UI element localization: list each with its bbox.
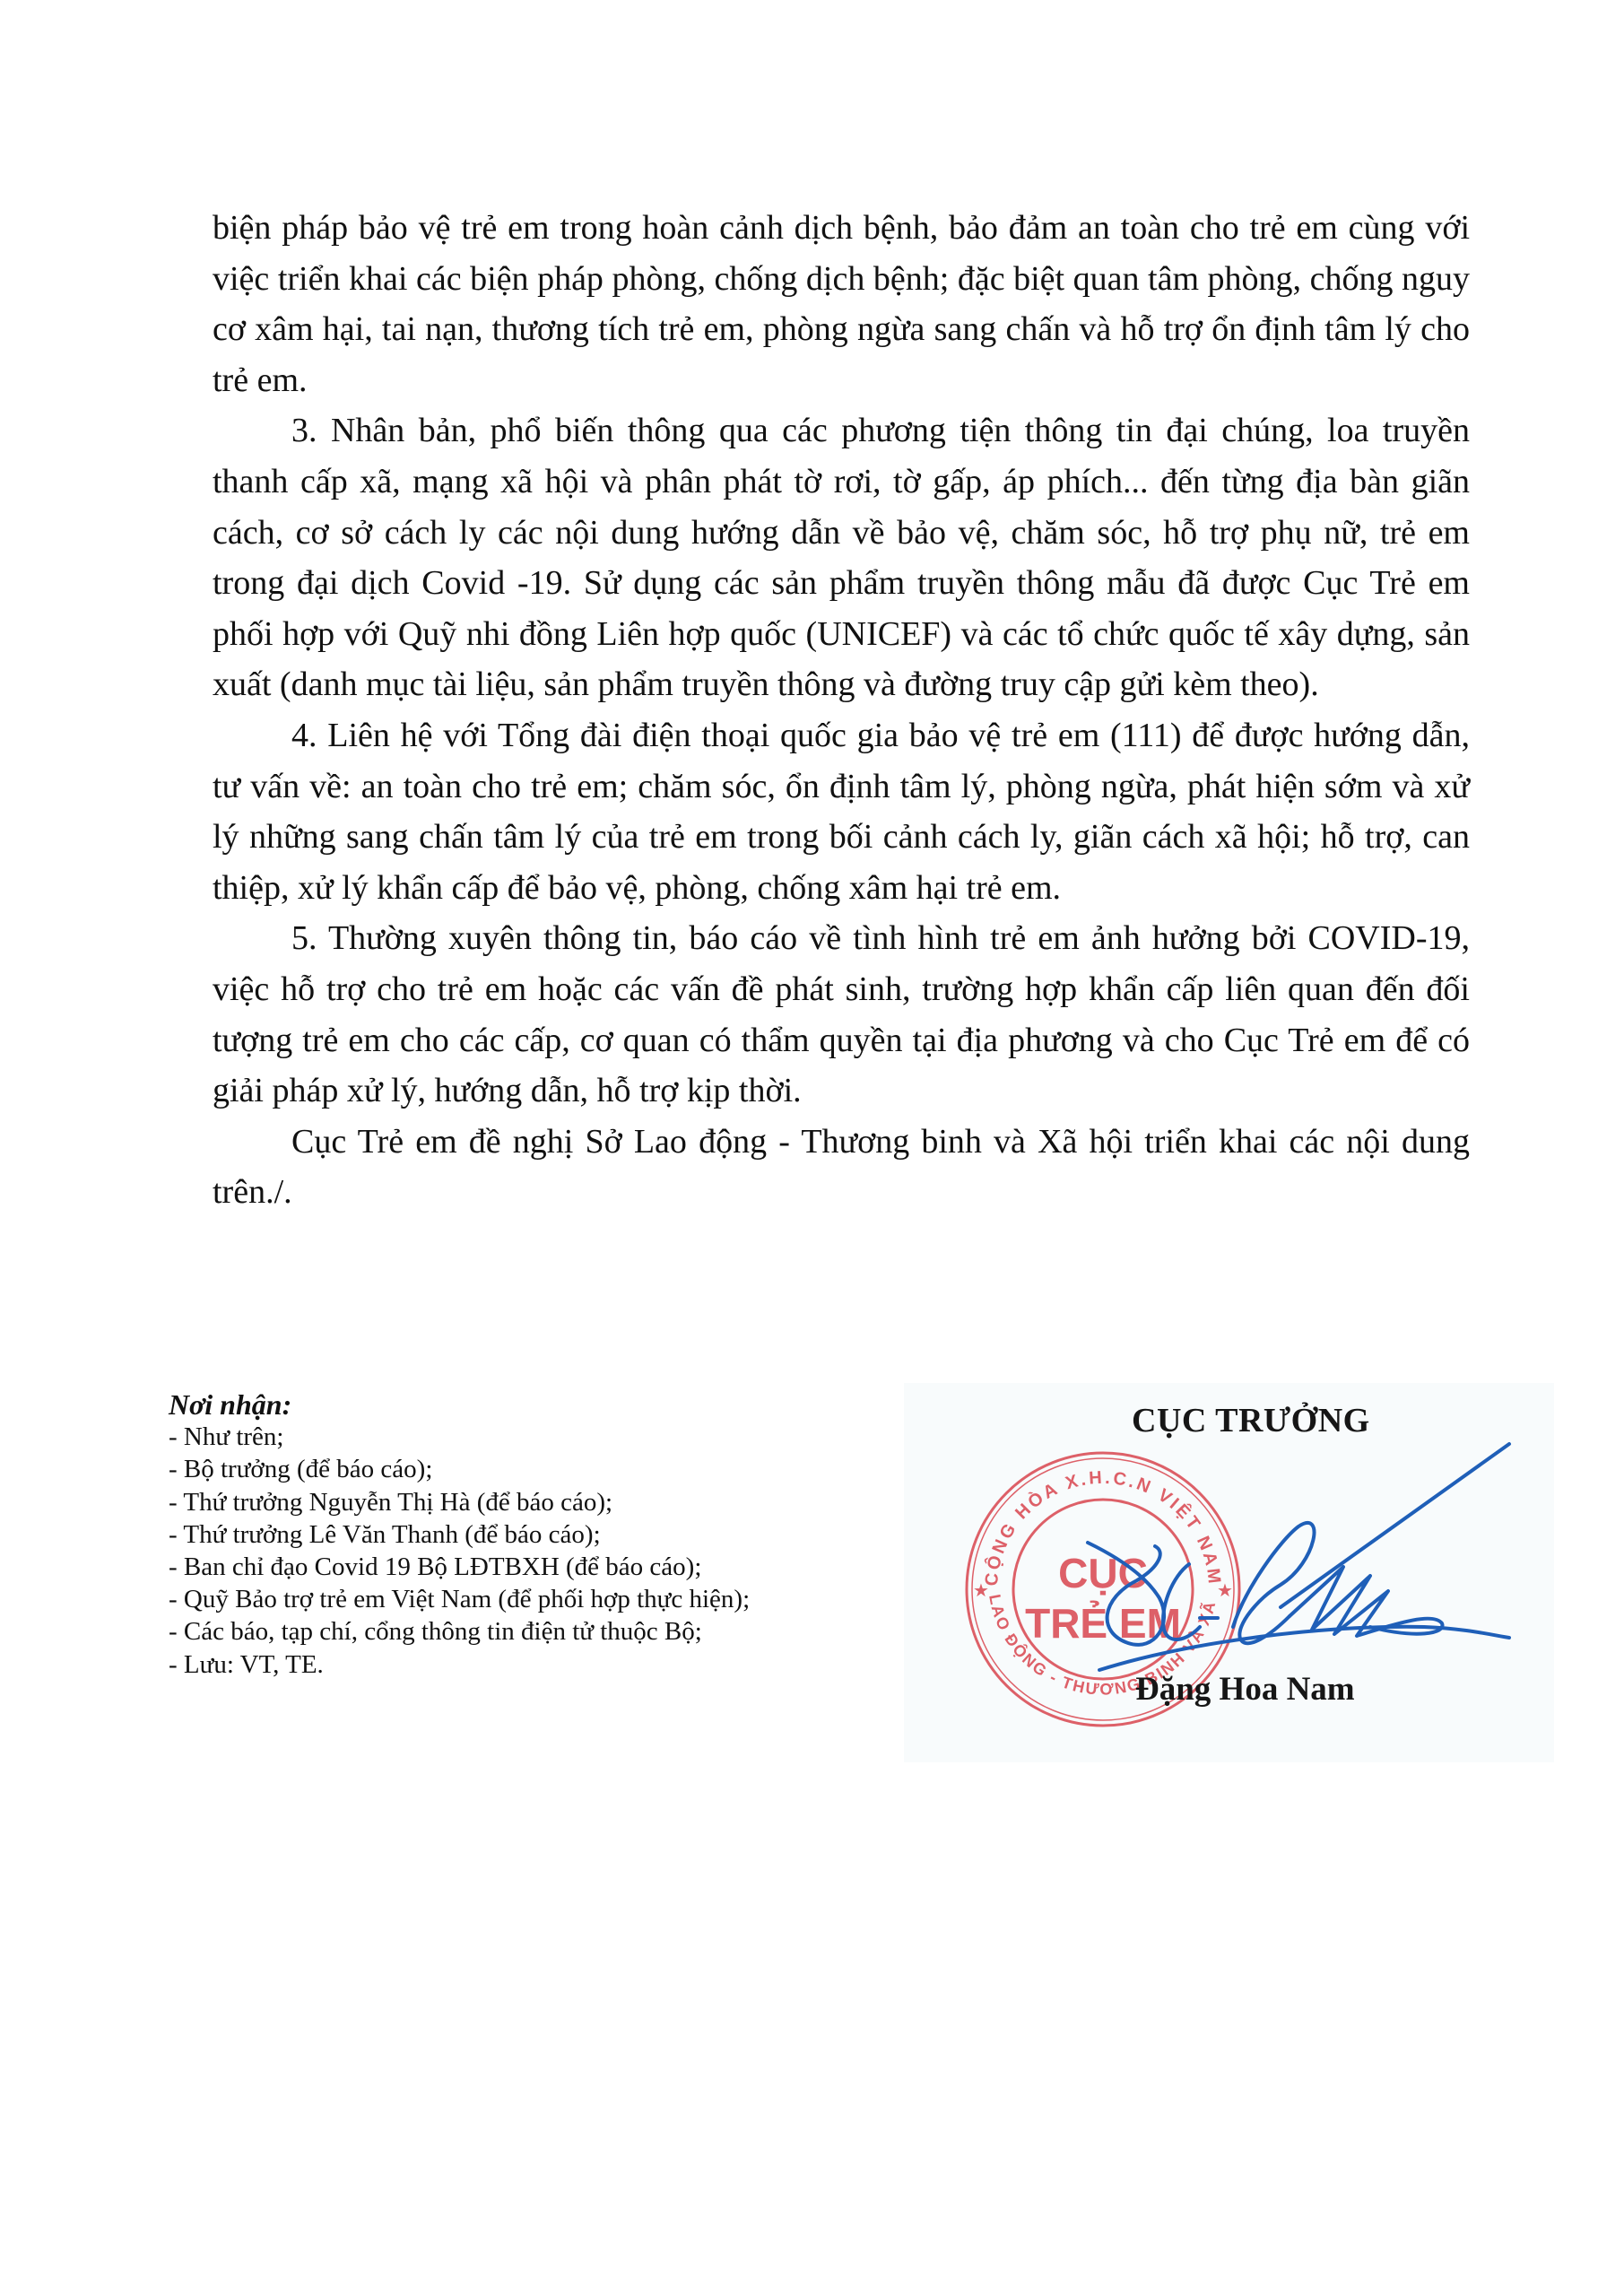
recipient-item: - Các báo, tạp chí, cổng thông tin điện …	[169, 1615, 886, 1648]
paragraph-item-4: 4. Liên hệ với Tổng đài điện thoại quốc …	[213, 710, 1470, 913]
paragraph-closing: Cục Trẻ em đề nghị Sở Lao động - Thương …	[213, 1117, 1470, 1218]
signer-name: Đặng Hoa Nam	[1135, 1670, 1355, 1709]
paragraph-item-5: 5. Thường xuyên thông tin, báo cáo về tì…	[213, 913, 1470, 1116]
paragraph-item-3: 3. Nhân bản, phổ biến thông qua các phươ…	[213, 405, 1470, 710]
recipients-block: Nơi nhận: - Như trên; - Bộ trưởng (để bá…	[169, 1388, 886, 1681]
paragraph-continuation: biện pháp bảo vệ trẻ em trong hoàn cảnh …	[213, 203, 1470, 405]
recipient-item: - Ban chỉ đạo Covid 19 Bộ LĐTBXH (để báo…	[169, 1551, 886, 1583]
recipient-item: - Bộ trưởng (để báo cáo);	[169, 1453, 886, 1485]
recipient-item: - Quỹ Bảo trợ trẻ em Việt Nam (để phối h…	[169, 1583, 886, 1615]
recipient-item: - Thứ trưởng Nguyễn Thị Hà (để báo cáo);	[169, 1486, 886, 1518]
recipient-item: - Thứ trưởng Lê Văn Thanh (để báo cáo);	[169, 1518, 886, 1551]
recipient-item: - Lưu: VT, TE.	[169, 1648, 886, 1681]
recipients-heading: Nơi nhận:	[169, 1388, 886, 1421]
recipient-item: - Như trên;	[169, 1421, 886, 1453]
letter-body: biện pháp bảo vệ trẻ em trong hoàn cảnh …	[213, 203, 1470, 1218]
